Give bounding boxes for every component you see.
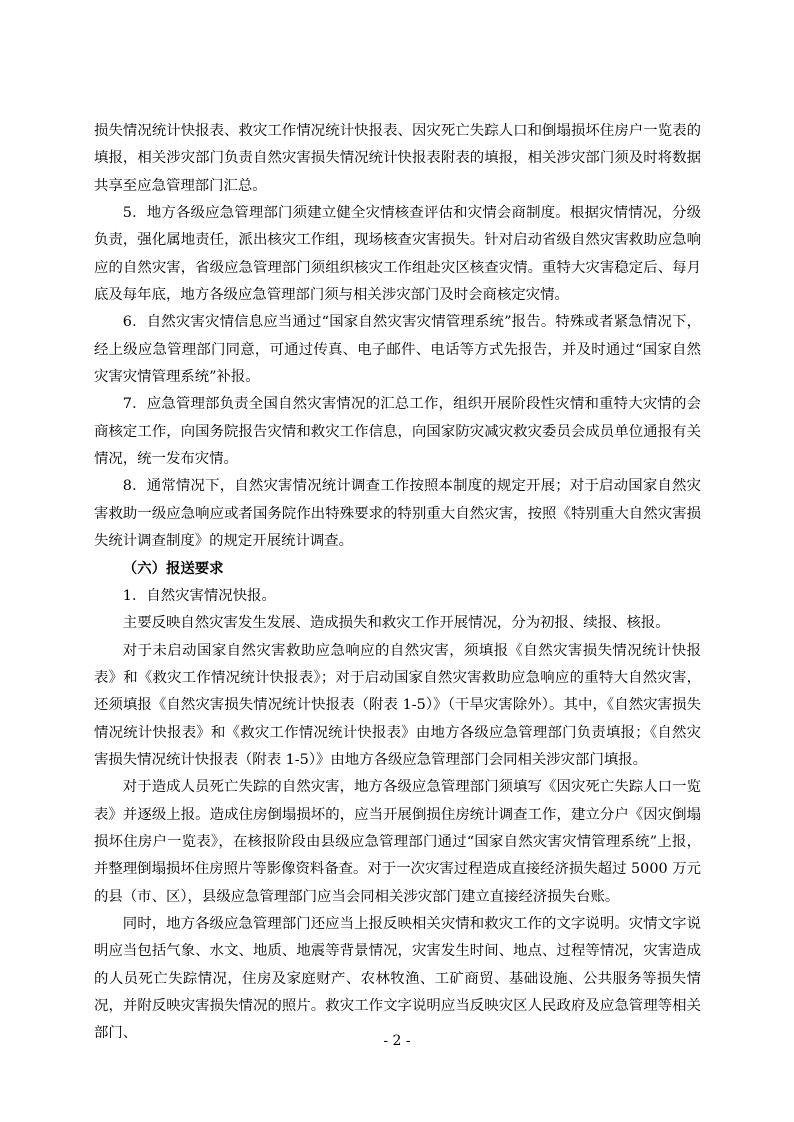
paragraph-text-description-requirements: 同时，地方各级应急管理部门还应当上报反映相关灾情和救灾工作的文字说明。灾情文字说… xyxy=(94,911,701,1048)
paragraph-item-5: 5．地方各级应急管理部门须建立健全灾情核查评估和灾情会商制度。根据灾情情况，分级… xyxy=(94,200,701,309)
paragraph-continuation: 损失情况统计快报表、救灾工作情况统计快报表、因灾死亡失踪人口和倒塌损坏住房户一览… xyxy=(94,118,701,200)
paragraph-item-1-quick-report: 1．自然灾害情况快报。 xyxy=(94,583,701,610)
paragraph-item-7: 7．应急管理部负责全国自然灾害情况的汇总工作，组织开展阶段性灾情和重特大灾情的会… xyxy=(94,391,701,473)
section-heading-6-reporting-requirements: （六）报送要求 xyxy=(94,556,701,583)
document-body: 损失情况统计快报表、救灾工作情况统计快报表、因灾死亡失踪人口和倒塌损坏住房户一览… xyxy=(94,118,701,1048)
paragraph-casualty-housing-reporting: 对于造成人员死亡失踪的自然灾害，地方各级应急管理部门须填写《因灾死亡失踪人口一览… xyxy=(94,774,701,911)
page-number: - 2 - xyxy=(0,1031,794,1051)
paragraph-item-8: 8．通常情况下，自然灾害情况统计调查工作按照本制度的规定开展；对于启动国家自然灾… xyxy=(94,473,701,555)
paragraph-filing-forms: 对于未启动国家自然灾害救助应急响应的自然灾害，须填报《自然灾害损失情况统计快报表… xyxy=(94,638,701,775)
document-page: 损失情况统计快报表、救灾工作情况统计快报表、因灾死亡失踪人口和倒塌损坏住房户一览… xyxy=(0,0,794,1122)
paragraph-quick-report-overview: 主要反映自然灾害发生发展、造成损失和救灾工作开展情况，分为初报、续报、核报。 xyxy=(94,610,701,637)
paragraph-item-6: 6．自然灾害灾情信息应当通过“国家自然灾害灾情管理系统”报告。特殊或者紧急情况下… xyxy=(94,309,701,391)
